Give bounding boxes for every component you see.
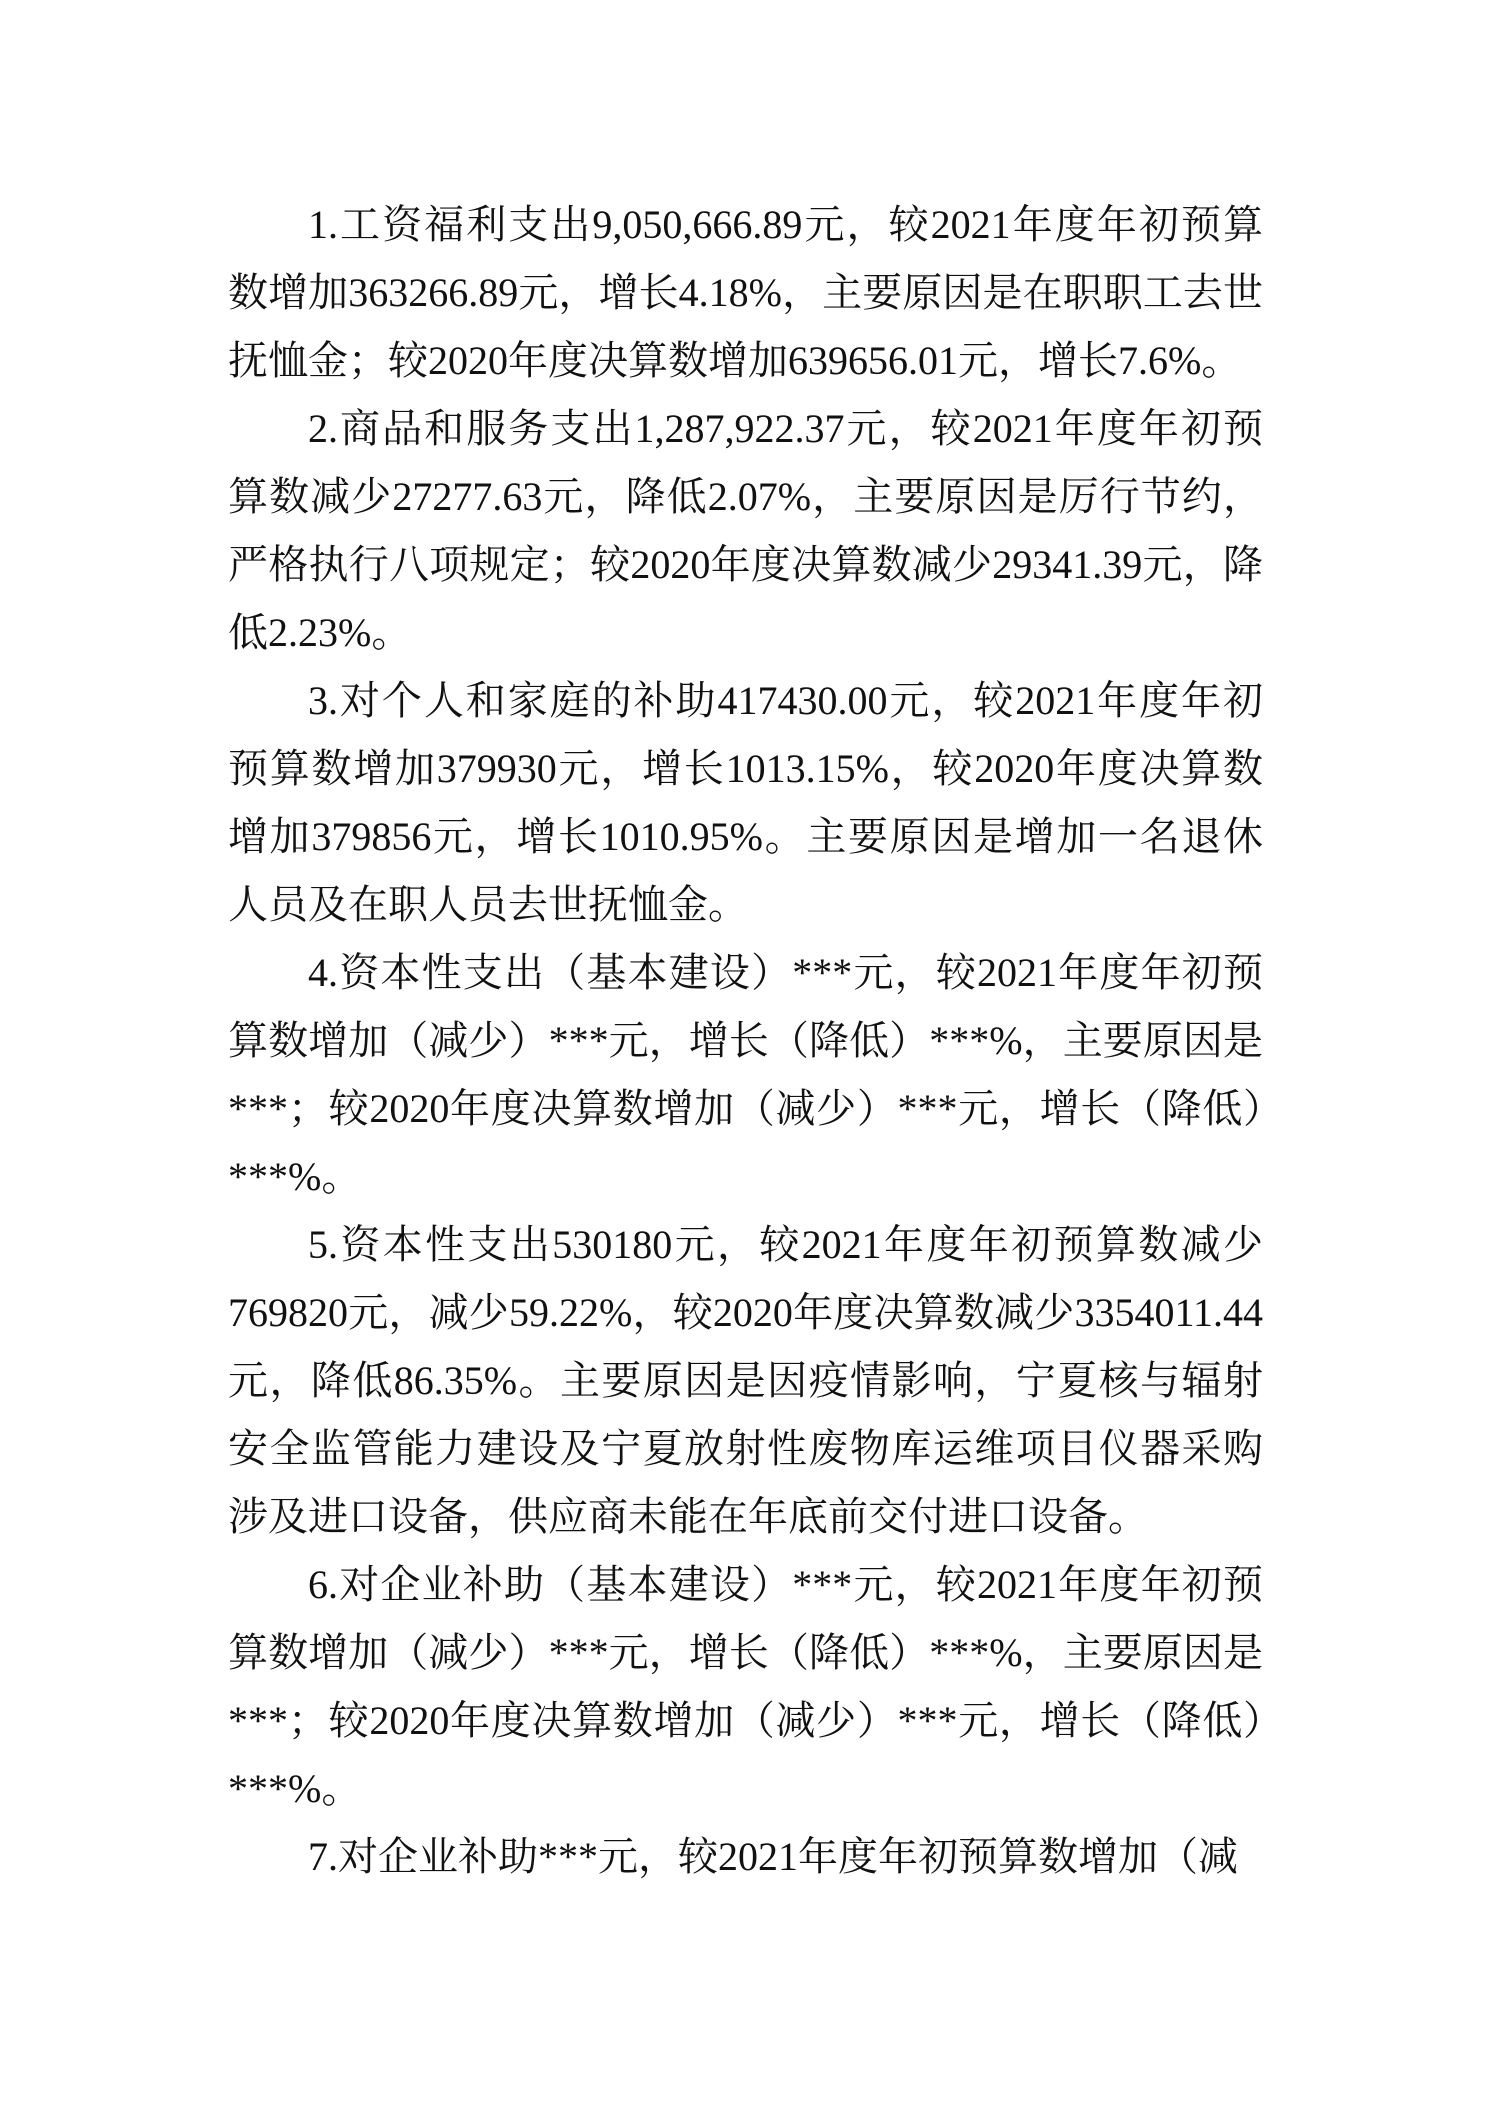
paragraph-1-wage-welfare-expense: 1.工资福利支出9,050,666.89元，较2021年度年初预算数增加3632… [228,191,1263,395]
document-page: 1.工资福利支出9,050,666.89元，较2021年度年初预算数增加3632… [0,0,1486,2103]
paragraph-3-individual-family-subsidy: 3.对个人和家庭的补助417430.00元，较2021年度年初预算数增加3799… [228,667,1263,939]
document-body: 1.工资福利支出9,050,666.89元，较2021年度年初预算数增加3632… [228,191,1263,1891]
paragraph-2-goods-services-expense: 2.商品和服务支出1,287,922.37元，较2021年度年初预算数减少272… [228,395,1263,667]
paragraph-4-capital-expense-construction: 4.资本性支出（基本建设）***元，较2021年度年初预算数增加（减少）***元… [228,939,1263,1211]
paragraph-5-capital-expense: 5.资本性支出530180元，较2021年度年初预算数减少769820元，减少5… [228,1211,1263,1551]
paragraph-6-enterprise-subsidy-construction: 6.对企业补助（基本建设）***元，较2021年度年初预算数增加（减少）***元… [228,1551,1263,1823]
paragraph-7-enterprise-subsidy: 7.对企业补助***元，较2021年度年初预算数增加（减 [228,1823,1263,1891]
